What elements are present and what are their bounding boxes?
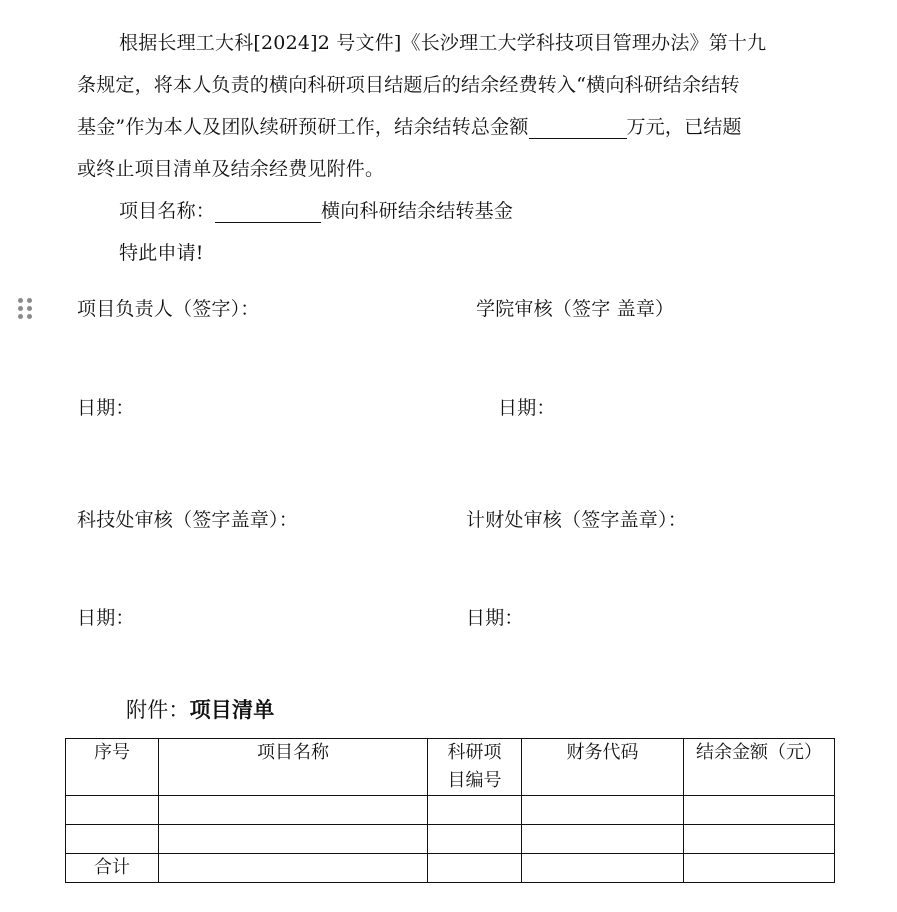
total-label: 合计: [66, 854, 159, 883]
cell[interactable]: [684, 796, 835, 825]
table-header-row: 序号 项目名称 科研项 目编号 财务代码 结余金额（元）: [66, 739, 835, 796]
header-project-number-line1: 科研项: [428, 739, 521, 767]
paragraph-line-3: 基金”作为本人及团队续研预研工作，结余结转总金额万元，已结题: [77, 115, 742, 139]
pi-signature-label: 项目负责人（签字）：: [77, 297, 260, 321]
paragraph-line-3-tail: 万元，已结题: [627, 116, 742, 138]
cell[interactable]: [522, 854, 684, 883]
project-list-table: 序号 项目名称 科研项 目编号 财务代码 结余金额（元） 合计: [65, 738, 835, 883]
closing-text: 特此申请!: [119, 241, 204, 265]
table-row: [66, 825, 835, 854]
cell[interactable]: [159, 854, 428, 883]
cell[interactable]: [428, 854, 522, 883]
cell[interactable]: [159, 796, 428, 825]
paragraph-line-4: 或终止项目清单及结余经费见附件。: [77, 157, 384, 181]
header-finance-code: 财务代码: [522, 739, 684, 796]
pi-date-label: 日期：: [77, 396, 135, 420]
header-project-number-line2: 目编号: [428, 767, 521, 795]
cell[interactable]: [684, 854, 835, 883]
paragraph-line-3-text: 基金”作为本人及团队续研预研工作，结余结转总金额: [77, 116, 529, 138]
paragraph-line-1: 根据长理工大科[2024]2 号文件]《长沙理工大学科技项目管理办法》第十九: [119, 31, 766, 55]
table-total-row: 合计: [66, 854, 835, 883]
cell[interactable]: [522, 796, 684, 825]
drag-handle-icon[interactable]: [18, 298, 34, 322]
attachment-title: 项目清单: [190, 697, 275, 722]
header-balance: 结余金额（元）: [684, 739, 835, 796]
cell[interactable]: [66, 825, 159, 854]
total-amount-blank[interactable]: [529, 118, 627, 139]
project-name-suffix: 横向科研结余结转基金: [321, 200, 513, 222]
college-date-label: 日期：: [498, 396, 556, 420]
cell[interactable]: [428, 796, 522, 825]
header-project-number: 科研项 目编号: [428, 739, 522, 796]
project-name-blank[interactable]: [215, 202, 321, 223]
paragraph-line-2: 条规定，将本人负责的横向科研项目结题后的结余经费转入“横向科研结余结转: [77, 73, 740, 97]
header-project-name: 项目名称: [159, 739, 428, 796]
cell[interactable]: [159, 825, 428, 854]
sci-office-date-label: 日期：: [77, 606, 135, 630]
attachment-heading: 附件：项目清单: [126, 697, 274, 723]
college-review-label: 学院审核（签字 盖章）: [476, 297, 674, 321]
cell[interactable]: [428, 825, 522, 854]
sci-office-review-label: 科技处审核（签字盖章）：: [77, 508, 298, 532]
attachment-prefix: 附件：: [126, 698, 190, 722]
table-row: [66, 796, 835, 825]
cell[interactable]: [522, 825, 684, 854]
finance-office-review-label: 计财处审核（签字盖章）：: [466, 508, 687, 532]
project-name-label: 项目名称：: [119, 200, 215, 222]
cell[interactable]: [684, 825, 835, 854]
project-name-line: 项目名称：横向科研结余结转基金: [119, 199, 513, 223]
finance-office-date-label: 日期：: [466, 606, 524, 630]
cell[interactable]: [66, 796, 159, 825]
header-index: 序号: [66, 739, 159, 796]
